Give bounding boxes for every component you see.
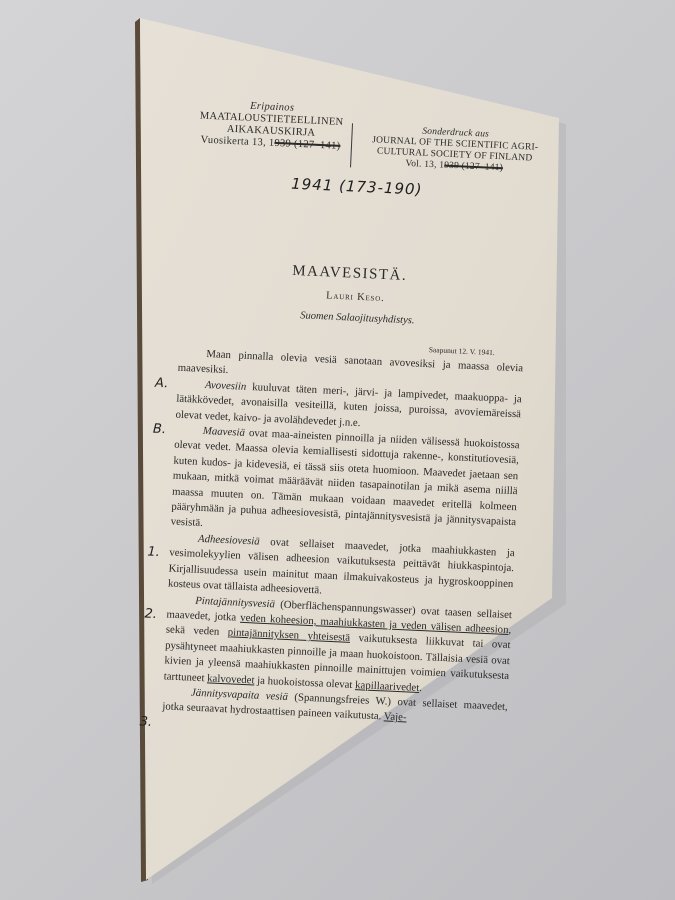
header-right: Sonderdruck aus JOURNAL OF THE SCIENTIFI… — [359, 124, 551, 177]
paragraph-b: Maavesiä ovat maa-aineisten pinnoilla ja… — [170, 423, 520, 546]
margin-mark-1: 1. — [147, 545, 160, 561]
margin-mark-3: 3. — [139, 714, 152, 730]
margin-mark-b: B. — [153, 422, 167, 438]
margin-mark-a: A. — [155, 376, 169, 392]
paragraph-2: Pintajännitysvesiä (Oberflächenspannungs… — [163, 592, 512, 700]
header-left: Eripainos MAATALOUSTIETEELLINEN AIKAKAUS… — [188, 98, 355, 153]
margin-mark-2: 2. — [144, 606, 157, 622]
article-body: A. B. 1. 2. 3. Maan pinnalla olevia vesi… — [162, 346, 523, 731]
